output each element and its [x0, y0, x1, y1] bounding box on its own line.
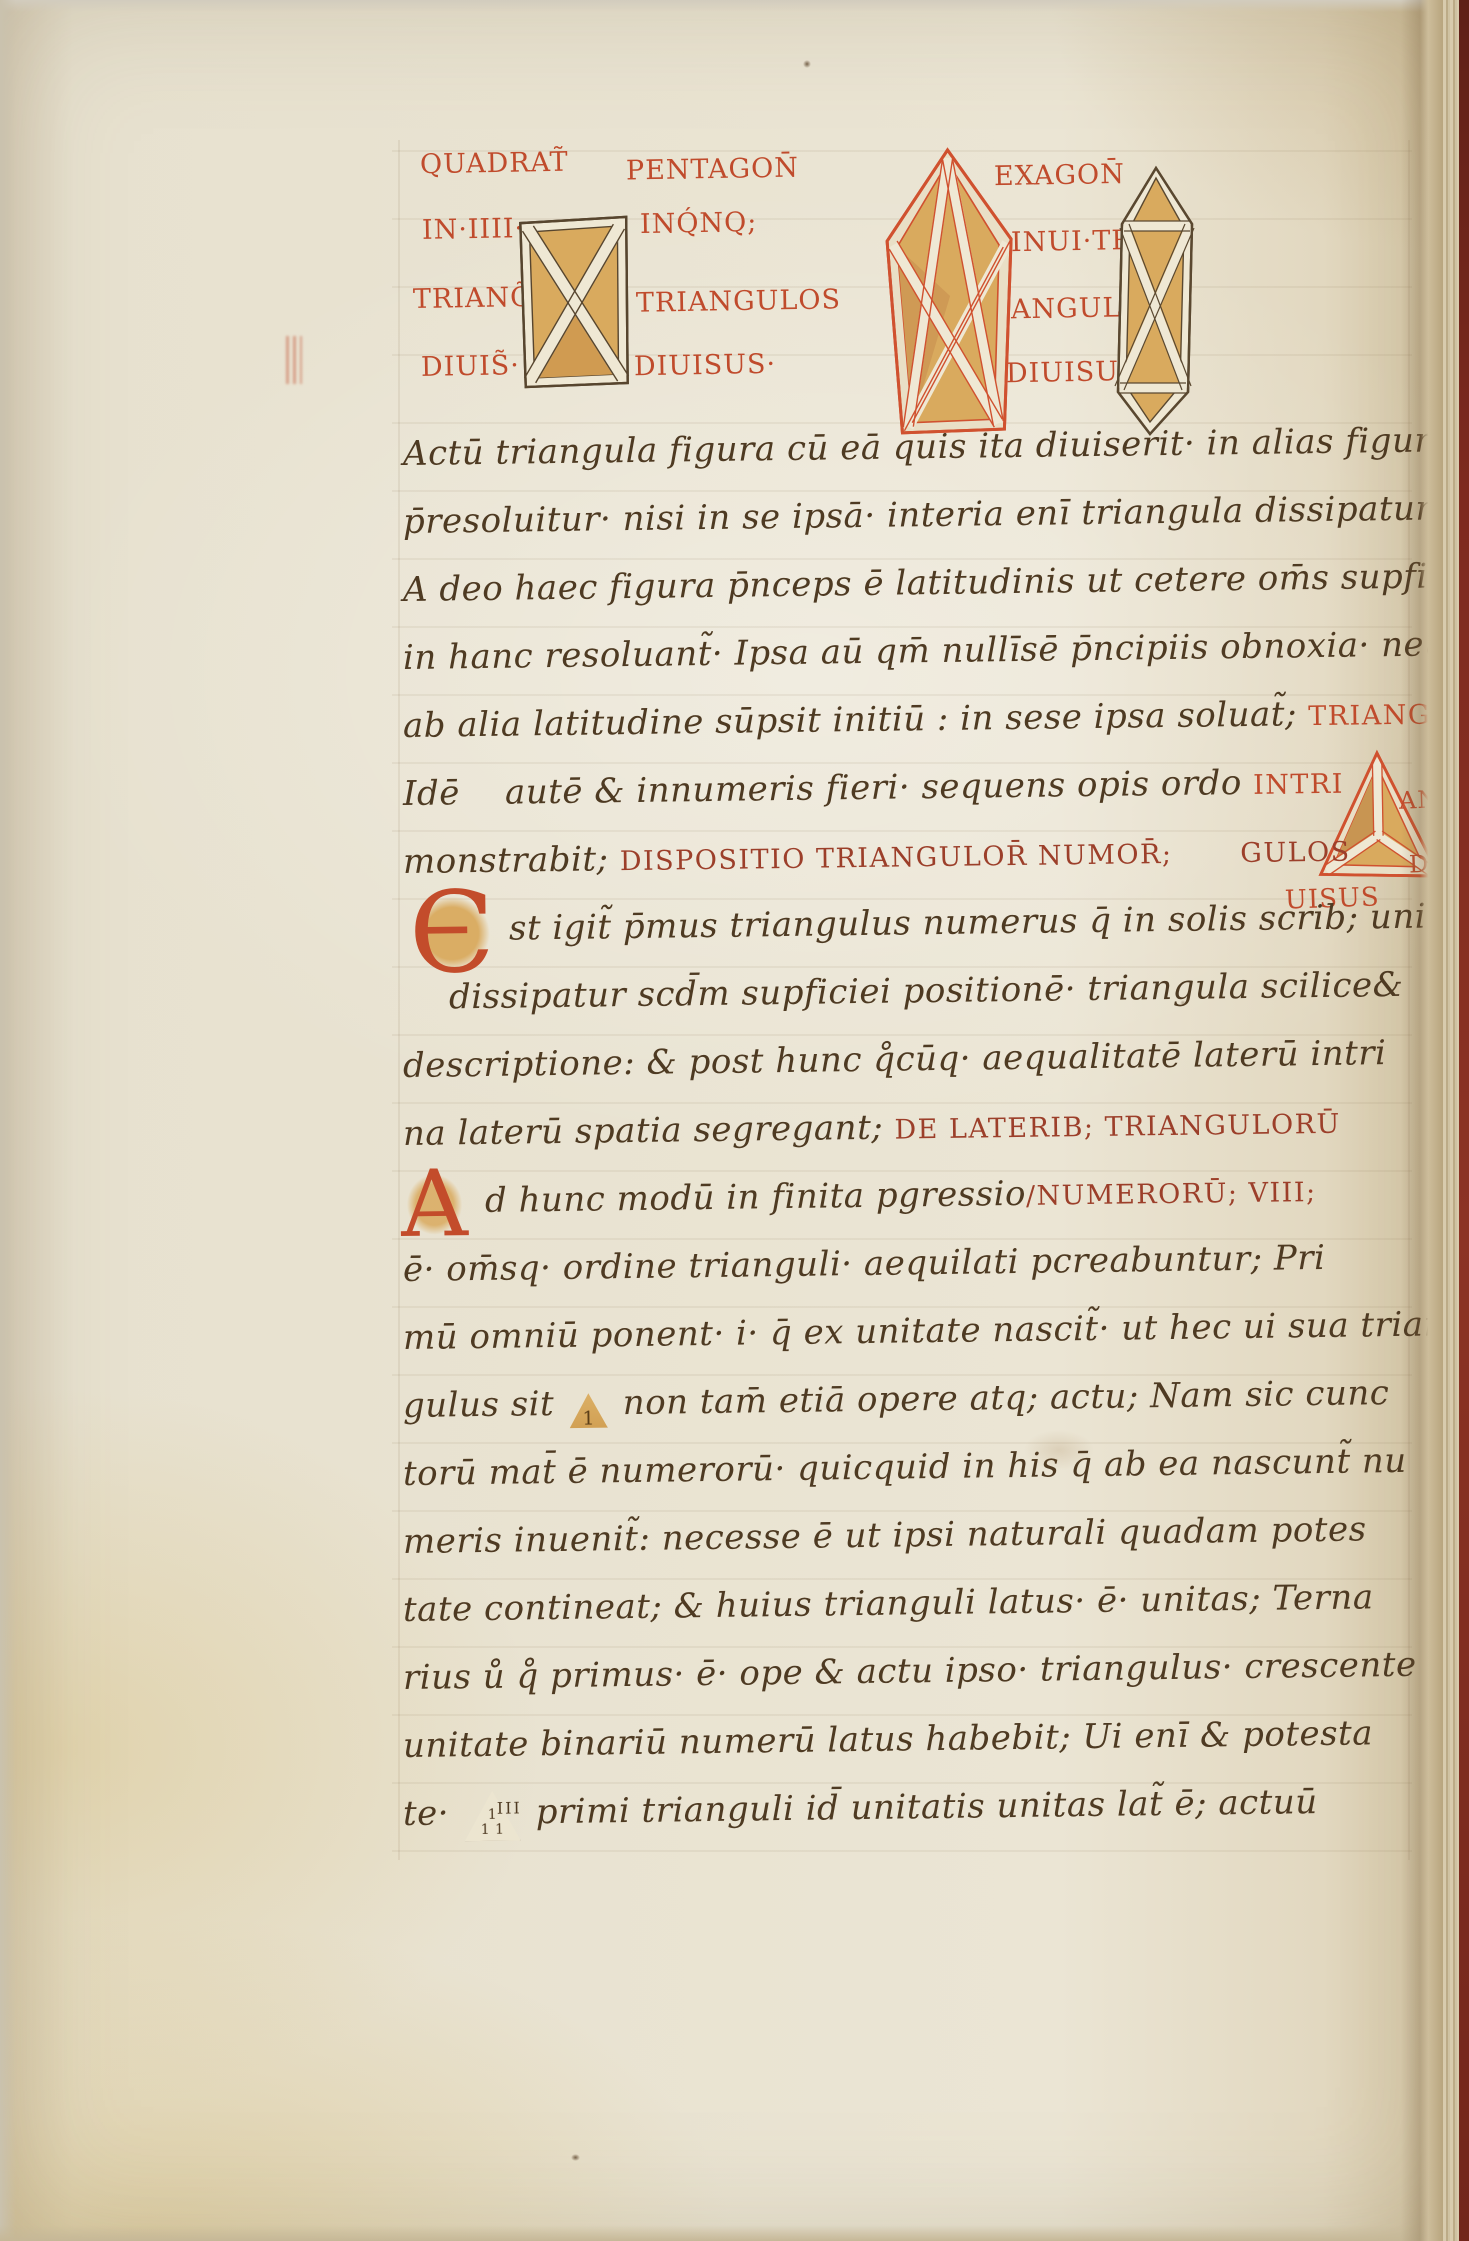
body-text: ab alia latitudine sūpsit initiū : in se…: [403, 694, 1309, 746]
unit-triangle-3-icon: 1 1 1III: [464, 1788, 521, 1857]
parchment-speck: [1180, 1000, 1186, 1006]
body-text: tate contineat; & huius trianguli latus·…: [403, 1577, 1374, 1630]
manuscript-page: QUADRAT̃ IN·IIII· TRIANG̃ DIUIS̃· PENTAG…: [0, 0, 1469, 2241]
body-text: mū omniū ponent· i· q̄ ex unitate nascit…: [403, 1304, 1446, 1358]
body-text: non tam̄ etiā opere atq; actu; Nam sic c…: [611, 1373, 1389, 1423]
body-text: rius ů q̊ primus· ē· ope & actu ipso· tr…: [403, 1645, 1417, 1698]
photo-top-edge: [0, 0, 1469, 12]
parchment-speck: [571, 2154, 580, 2161]
body-text: te·: [403, 1793, 461, 1834]
photo-left-edge: [0, 0, 16, 2241]
unit-triangle-1-icon-shape: 1: [569, 1392, 607, 1428]
rubric-text: /NUMERORŪ; VIII;: [1026, 1177, 1317, 1212]
rubric-text: DISPOSITIO TRIANGULOR̄ NUMOR̄;: [620, 839, 1173, 877]
margin-rule-left: [398, 140, 400, 1860]
pentagon-divided-into-triangles-icon: [881, 145, 1020, 439]
body-text: in hanc resoluant̃· Ipsa aū qm̄ nullīsē …: [403, 624, 1459, 678]
body-text: A deo haec figura p̄nceps ē latitudinis …: [403, 556, 1469, 610]
triangle-annotation: III: [496, 1774, 522, 1842]
hexagon-divided-into-triangles-icon: [1112, 164, 1200, 440]
photo-bottom-edge: [0, 2225, 1469, 2241]
caption-pentagon-2: INQ́NQ;: [640, 207, 758, 240]
ink-bleed-mark: [286, 336, 302, 384]
body-text: Idē autē & innumeris fieri· sequens opis…: [403, 763, 1254, 814]
body-text-block: Actū triangula figura cū eā quis ita diu…: [403, 420, 1469, 1848]
body-text: unitate binariū numerū latus habebit; Ui…: [403, 1713, 1373, 1766]
caption-quadratum-1: QUADRAT̃: [420, 147, 569, 181]
body-text: na laterū spatia segregant;: [403, 1108, 895, 1154]
rubric-text: GULOS: [1240, 837, 1351, 869]
caption-pentagon-1: PENTAGON̄: [626, 152, 799, 186]
body-text: Actū triangula figura cū eā quis ita diu…: [403, 420, 1469, 474]
body-text: torū mat̄ ē numerorū· quicquid in his q̄…: [403, 1441, 1407, 1494]
caption-quadratum-2: IN·IIII·: [422, 213, 525, 246]
body-text: meris inuenit̃: necesse ē ut ipsi natura…: [403, 1509, 1367, 1562]
caption-pentagon-3: TRIANGULOS: [636, 284, 842, 319]
body-text: st igit̃ p̄mus triangulus numerus q̄ in …: [509, 895, 1469, 949]
rubric-text: TRIANGULUS: [1308, 698, 1469, 732]
body-text: primi trianguli id̄ unitatis unitas lat̃…: [524, 1782, 1318, 1832]
body-text: gulus sit: [403, 1384, 566, 1426]
rubric-text: INTRI: [1253, 769, 1344, 801]
body-text: d hunc modū in finita pgressio: [485, 1174, 1026, 1221]
body-text: descriptione: & post hunc q̊cūq· aequali…: [403, 1033, 1387, 1086]
manuscript-line: te· 1 1 1III primi trianguli id̄ unitati…: [403, 1766, 1469, 1848]
body-text: [1172, 831, 1240, 872]
rubric-text: DE LATERIB; TRIANGULORŪ: [894, 1109, 1341, 1146]
parchment-stain: [1024, 1430, 1094, 1470]
square-divided-into-four-triangles-icon: [514, 213, 636, 393]
caption-quadratum-4: DIUIS̃·: [421, 350, 520, 383]
body-text: ē· om̄sq· ordine trianguli· aequilati pc…: [403, 1238, 1326, 1290]
body-text: dissipatur scd̄m supficiei positionē· tr…: [449, 965, 1404, 1017]
caption-pentagon-4: DIUISUS·: [634, 349, 777, 382]
body-text: p̄resoluitur· nisi in se ipsā· interia e…: [403, 488, 1445, 542]
parchment-speck: [803, 60, 811, 68]
